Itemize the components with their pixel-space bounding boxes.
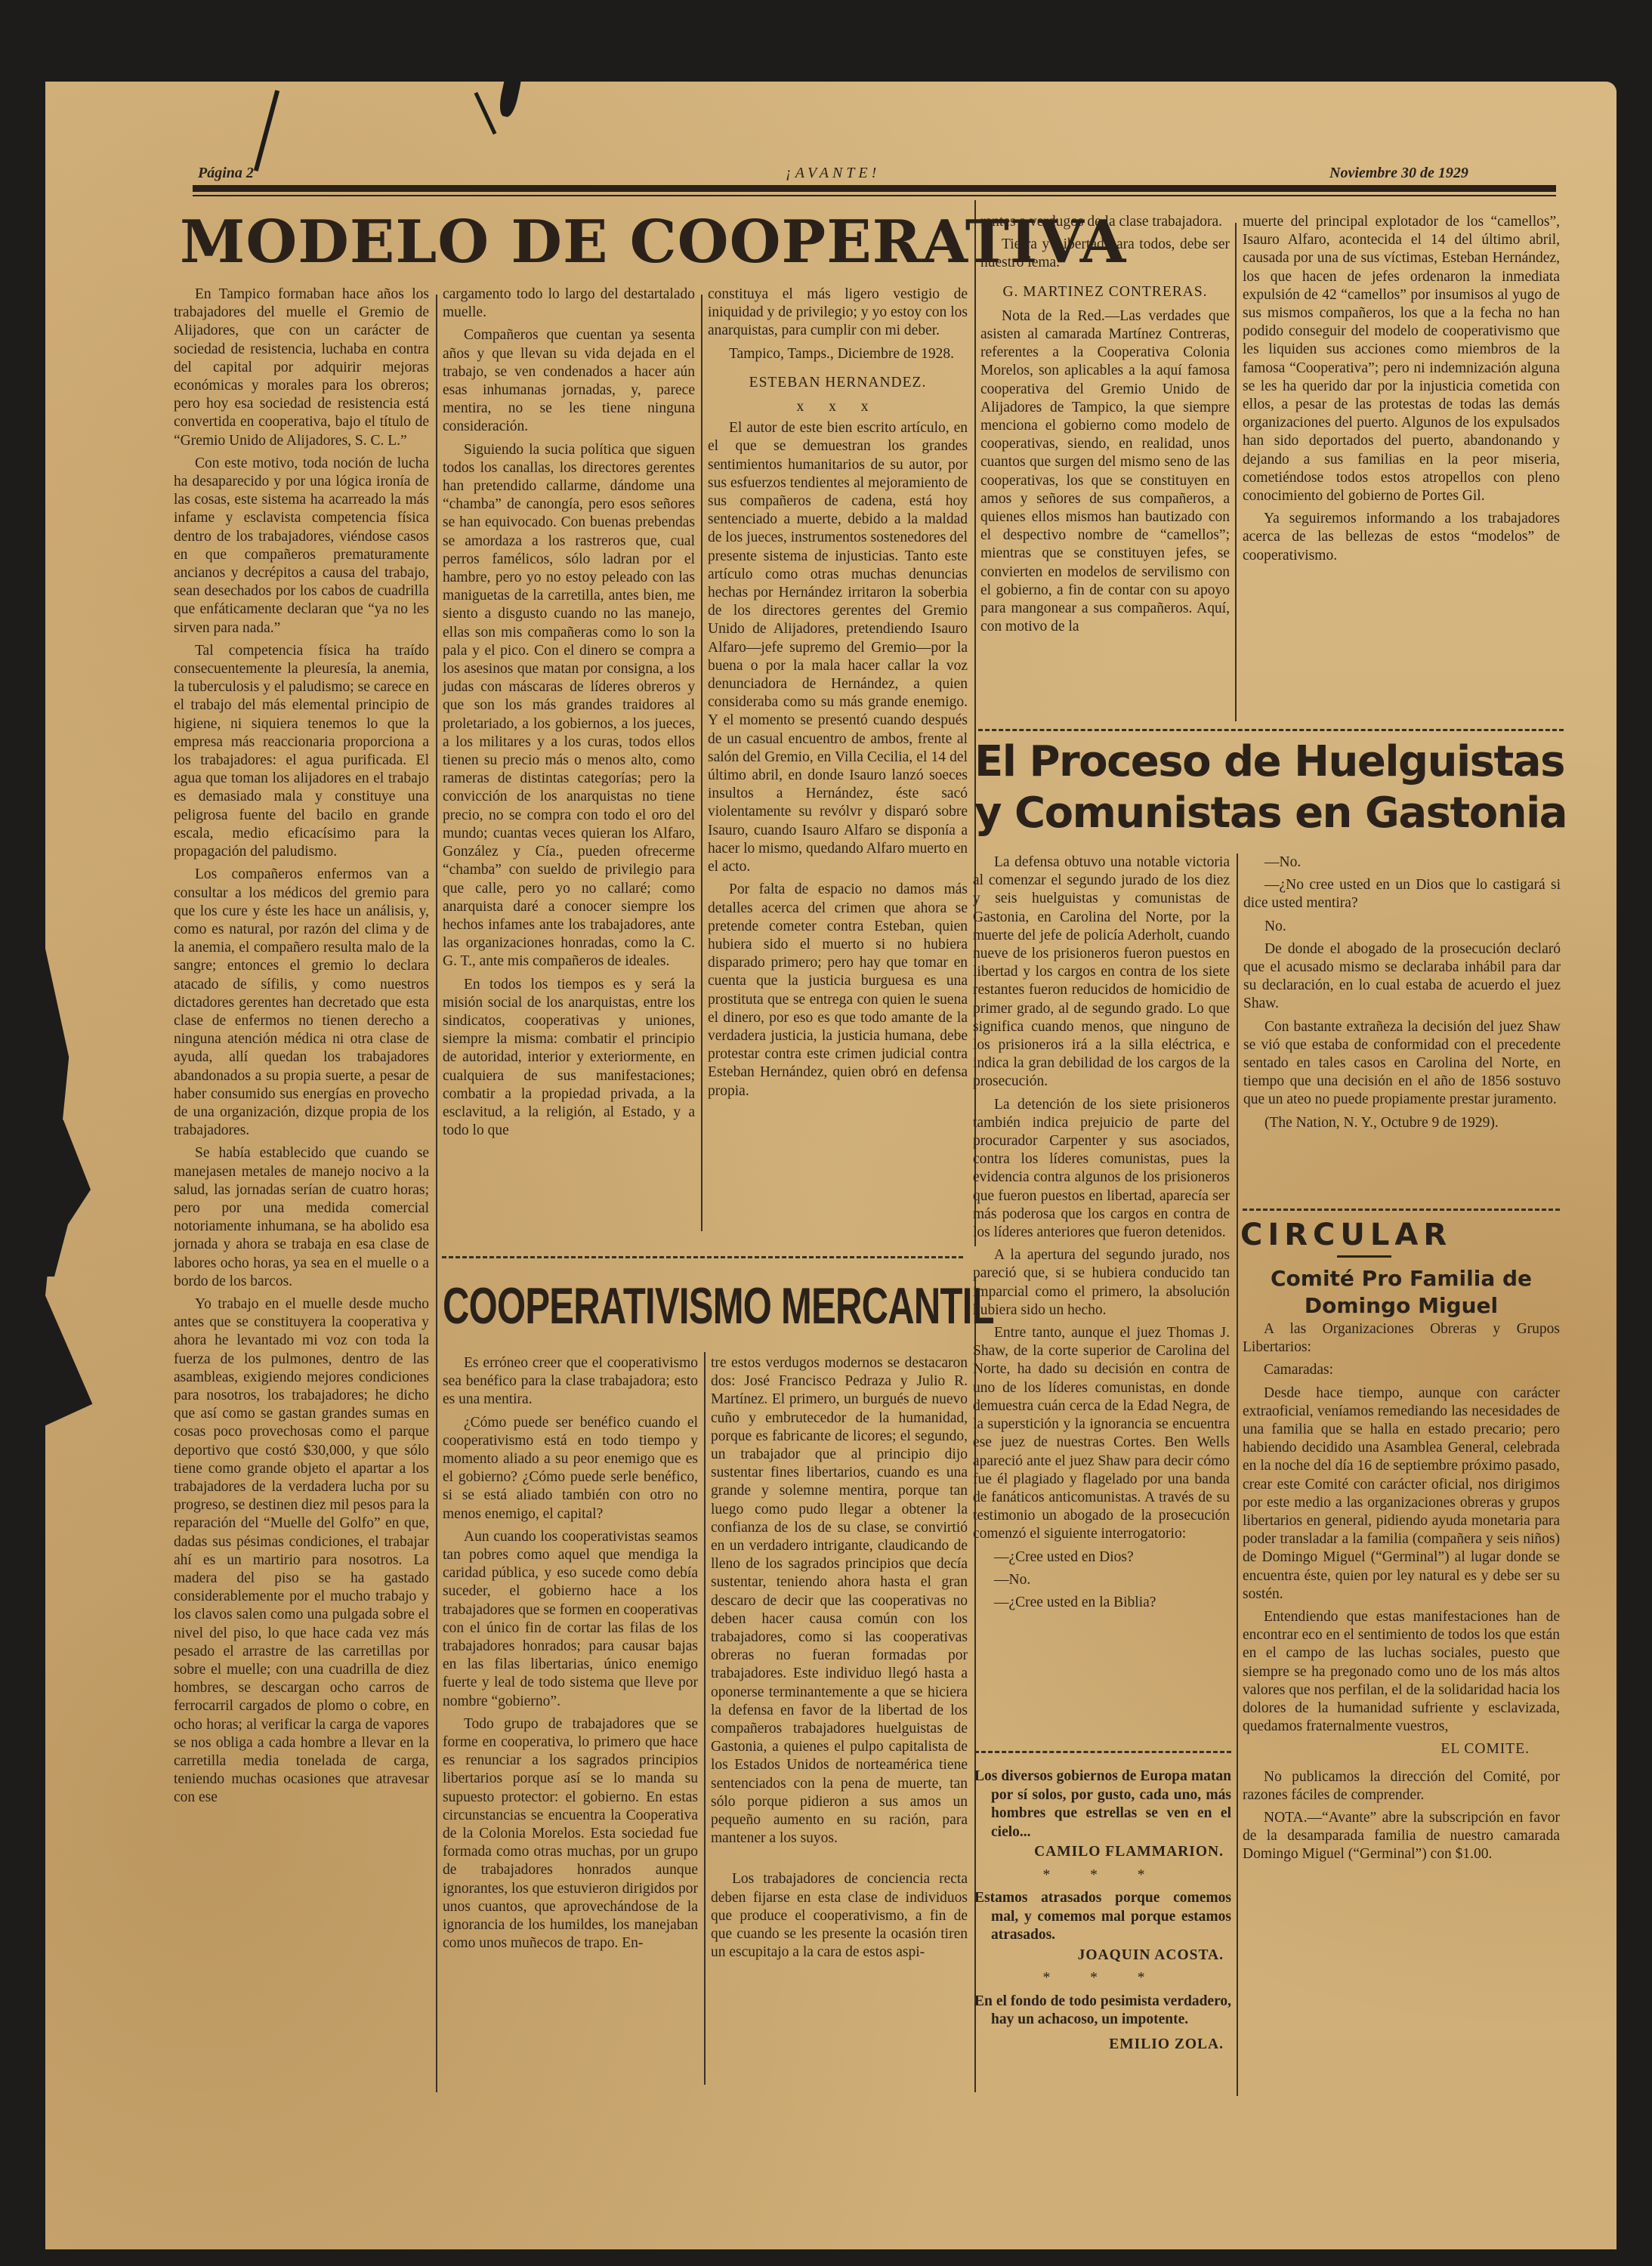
headline-cooperativismo-mercantil: COOPERATIVISMO MERCANTIL: [443, 1277, 994, 1335]
dateline: Tampico, Tamps., Diciembre de 1928.: [708, 345, 968, 363]
dialogue-line: —No.: [1243, 854, 1561, 872]
headline-line: El Proceso de Huelguistas: [974, 736, 1567, 788]
column-divider: [701, 295, 702, 1231]
headline-underline: [1337, 1255, 1391, 1258]
paragraph: tre estos verdugos modernos se destacaro…: [711, 1354, 968, 1848]
paragraph: Con este motivo, toda noción de lucha ha…: [174, 455, 429, 638]
salutation: A las Organizaciones Obreras y Grupos Li…: [1243, 1320, 1560, 1357]
wavy-divider: [978, 729, 1564, 734]
headline-circular: CIRCULAR: [1240, 1218, 1452, 1252]
article-gastonia-col2: —No. —¿No cree usted en un Dios que lo c…: [1243, 854, 1561, 1137]
article-circular: A las Organizaciones Obreras y Grupos Li…: [1243, 1320, 1560, 1869]
paragraph: rantes a verdugos de la clase trabajador…: [980, 213, 1230, 231]
quote-separator: * * *: [974, 1969, 1231, 1988]
headline-line: y Comunistas en Gastonia: [974, 788, 1567, 839]
paragraph: En todos los tiempos es y será la misión…: [443, 976, 695, 1141]
column-divider: [1235, 223, 1237, 721]
paragraph: Tierra y Libertad para todos, debe ser n…: [980, 236, 1230, 272]
paragraph: Siguiendo la sucia política que siguen t…: [443, 441, 695, 971]
paragraph: La defensa obtuvo una notable victoria a…: [973, 854, 1230, 1091]
subhead-comite: Comité Pro Familia de Domingo Miguel: [1243, 1265, 1560, 1320]
paragraph: Los compañeros enfermos van a consultar …: [174, 866, 429, 1140]
dialogue-line: —No.: [973, 1571, 1230, 1589]
wavy-divider: [974, 1751, 1231, 1756]
article-mercantil-col3: rantes a verdugos de la clase trabajador…: [980, 213, 1230, 641]
quote-text: Los diversos gobiernos de Europa matan p…: [974, 1767, 1231, 1842]
paragraph: muerte del principal explotador de los “…: [1243, 213, 1560, 505]
newspaper-title: ¡AVANTE!: [786, 165, 880, 182]
paragraph: De donde el abogado de la prosecución de…: [1243, 940, 1561, 1014]
article-modelo-col2: cargamento todo lo largo del destartalad…: [443, 286, 695, 1144]
paragraph: A la apertura del segundo jurado, nos pa…: [973, 1246, 1230, 1320]
paragraph: ¿Cómo puede ser benéfico cuando el coope…: [443, 1414, 698, 1524]
paragraph: Todo grupo de trabajadores que se forme …: [443, 1715, 698, 1953]
masthead-rule: [193, 185, 1556, 192]
paragraph: NOTA.—“Avante” abre la subscripción en f…: [1243, 1809, 1560, 1864]
column-divider: [1237, 854, 1238, 2096]
wavy-divider: [1243, 1209, 1560, 1214]
paragraph: Aun cuando los cooperativistas seamos ta…: [443, 1528, 698, 1711]
section-separator: x x x: [708, 398, 968, 416]
paragraph: La detención de los siete prisioneros ta…: [973, 1096, 1230, 1243]
wavy-divider: [442, 1256, 963, 1261]
quotes-box: Los diversos gobiernos de Europa matan p…: [974, 1767, 1231, 2055]
quote-author: JOAQUIN ACOSTA.: [974, 1946, 1231, 1965]
paragraph: Desde hace tiempo, aunque con carácter e…: [1243, 1385, 1560, 1604]
dialogue-line: —¿No cree usted en un Dios que lo castig…: [1243, 876, 1561, 912]
author-signature: ESTEBAN HERNANDEZ.: [708, 374, 968, 392]
paragraph: En Tampico formaban hace años los trabaj…: [174, 286, 429, 450]
quote-separator: * * *: [974, 1866, 1231, 1885]
article-modelo-col1: En Tampico formaban hace años los trabaj…: [174, 286, 429, 1812]
headline-proceso-gastonia: El Proceso de Huelguistas y Comunistas e…: [974, 736, 1567, 839]
article-mercantil-col2: tre estos verdugos modernos se destacaro…: [711, 1354, 968, 1967]
paragraph: Por falta de espacio no damos más detall…: [708, 881, 968, 1100]
paragraph: Nota de la Red.—Las verdades que asisten…: [980, 307, 1230, 637]
masthead-rule-thin: [193, 195, 1556, 196]
paragraph: cargamento todo lo largo del destartalad…: [443, 286, 695, 322]
column-divider: [436, 295, 437, 2092]
dialogue-line: —¿Cree usted en la Biblia?: [973, 1594, 1230, 1612]
paragraph: Entendiendo que estas manifestaciones ha…: [1243, 1608, 1560, 1736]
article-modelo-col3: constituya el más ligero vestigio de ini…: [708, 286, 968, 1105]
column-divider: [704, 1352, 706, 2085]
issue-date: Noviembre 30 de 1929: [1329, 165, 1468, 182]
paragraph: constituya el más ligero vestigio de ini…: [708, 286, 968, 341]
paragraph: Entre tanto, aunque el juez Thomas J. Sh…: [973, 1324, 1230, 1543]
source-citation: (The Nation, N. Y., Octubre 9 de 1929).: [1243, 1114, 1561, 1132]
paragraph: Los trabajadores de conciencia recta deb…: [711, 1870, 968, 1962]
paragraph: Compañeros que cuentan ya sesenta años y…: [443, 326, 695, 436]
quote-author: CAMILO FLAMMARION.: [974, 1843, 1231, 1862]
dialogue-line: No.: [1243, 918, 1561, 936]
quote-text: En el fondo de todo pesimista verdadero,…: [974, 1993, 1231, 2030]
paragraph: Yo trabajo en el muelle desde mucho ante…: [174, 1295, 429, 1808]
nota-red-col2: muerte del principal explotador de los “…: [1243, 213, 1560, 570]
article-mercantil-col1: Es erróneo creer que el cooperativismo s…: [443, 1354, 698, 1958]
paragraph: Con bastante extrañeza la decisión del j…: [1243, 1018, 1561, 1110]
quote-text: Estamos atrasados porque comemos mal, y …: [974, 1889, 1231, 1945]
quote-author: EMILIO ZOLA.: [974, 2036, 1231, 2055]
paragraph: Tal competencia física ha traído consecu…: [174, 642, 429, 861]
salutation: Camaradas:: [1243, 1361, 1560, 1379]
paragraph: No publicamos la dirección del Comité, p…: [1243, 1768, 1560, 1804]
author-signature: G. MARTINEZ CONTRERAS.: [980, 283, 1230, 301]
page-number: Página 2: [198, 165, 254, 182]
paragraph: El autor de este bien escrito artículo, …: [708, 419, 968, 876]
paragraph: Ya seguiremos informando a los trabajado…: [1243, 510, 1560, 565]
author-signature: EL COMITE.: [1243, 1740, 1560, 1758]
article-gastonia-col1: La defensa obtuvo una notable victoria a…: [973, 854, 1230, 1616]
dialogue-line: —¿Cree usted en Dios?: [973, 1548, 1230, 1567]
paragraph: Se había establecido que cuando se manej…: [174, 1144, 429, 1291]
paragraph: Es erróneo creer que el cooperativismo s…: [443, 1354, 698, 1409]
